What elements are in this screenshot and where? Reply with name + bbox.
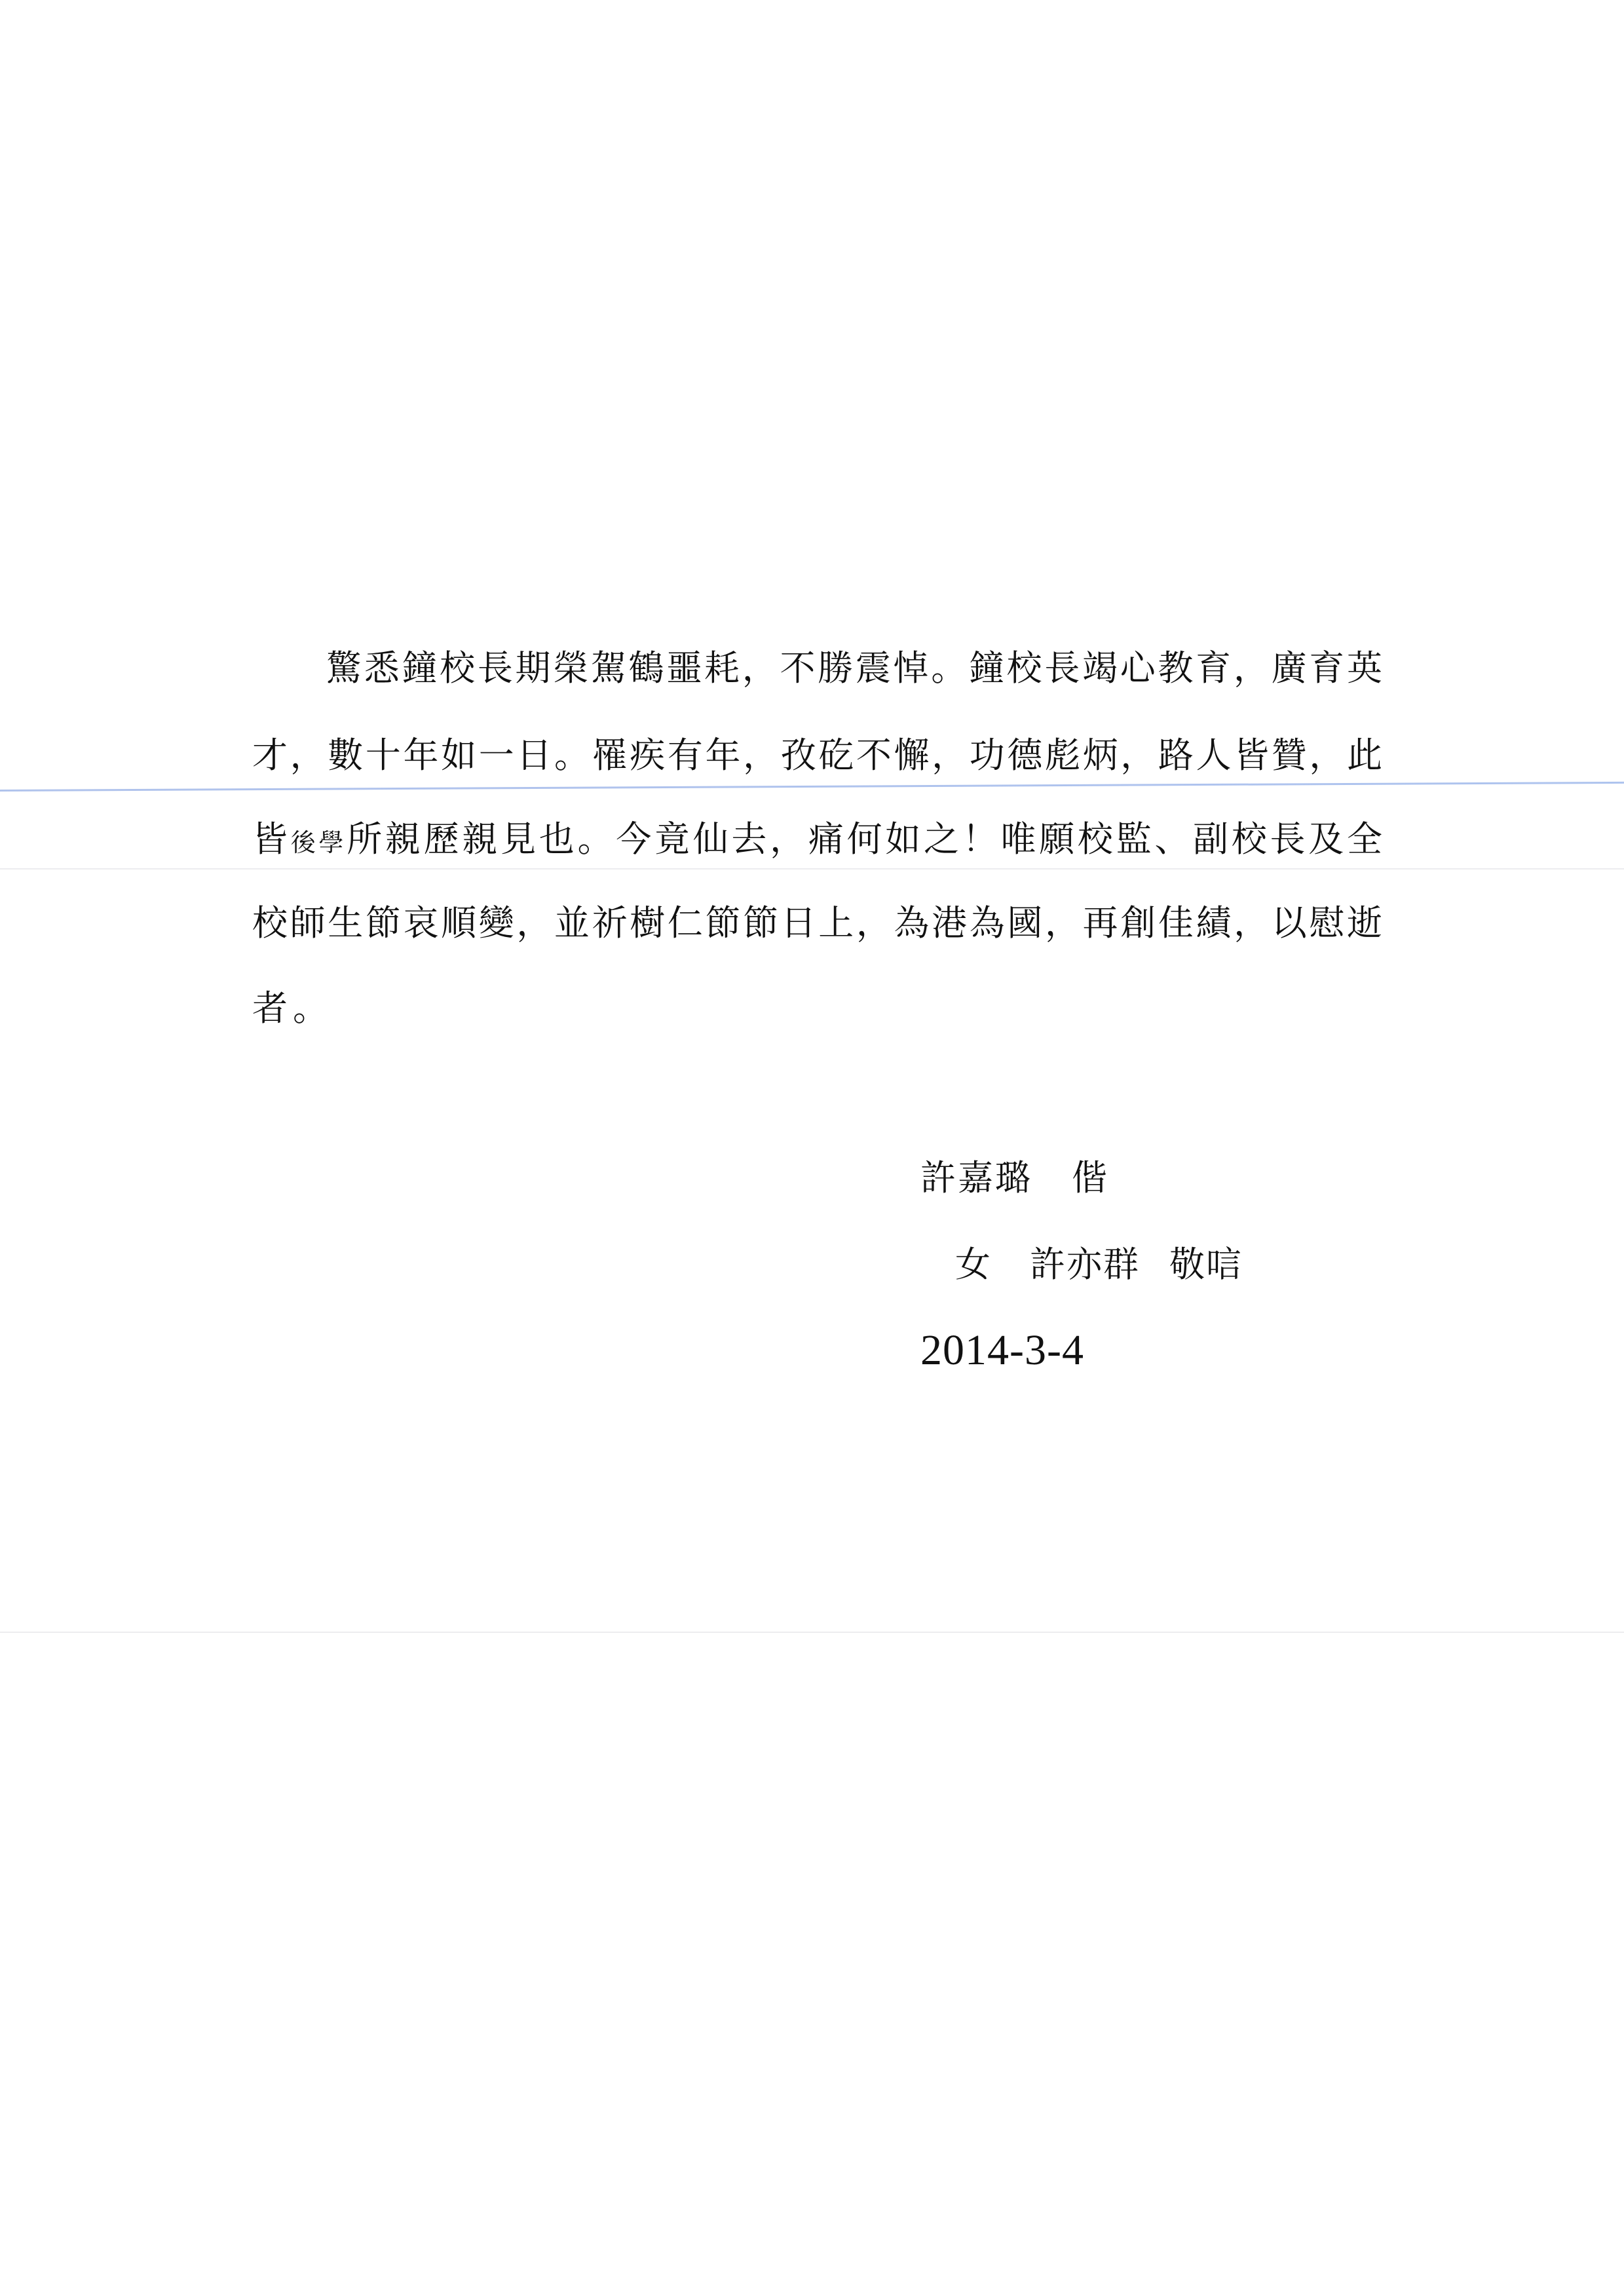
body-paragraph-line-4: 校師生節哀順變，並祈樹仁節節日上，為港為國，再創佳績，以慰逝 xyxy=(252,904,1382,943)
body-text: 皆 xyxy=(252,818,291,860)
scanned-letter-page: 驚悉鐘校長期榮駕鶴噩耗，不勝震悼。鐘校長竭心教育，廣育英 才，數十年如一日。罹疾… xyxy=(0,0,1624,2296)
condolence-letter: 驚悉鐘校長期榮駕鶴噩耗，不勝震悼。鐘校長竭心教育，廣育英 才，數十年如一日。罹疾… xyxy=(0,0,1624,2296)
signer-name: 許嘉璐 xyxy=(920,1158,1032,1198)
body-text: 所親歷親見也。今竟仙去，痛何如之！唯願校監、副校長及全 xyxy=(347,818,1382,860)
co-signer-name: 許亦群 xyxy=(1030,1245,1140,1284)
relation-label: 女 xyxy=(955,1245,991,1284)
body-paragraph-line-5: 者。 xyxy=(252,989,1382,1028)
signer-accompany-word: 偕 xyxy=(1072,1158,1107,1198)
body-paragraph-line-1: 驚悉鐘校長期榮駕鶴噩耗，不勝震悼。鐘校長竭心教育，廣育英 xyxy=(326,649,1382,688)
signature-line-1: 許嘉璐 偕 xyxy=(0,1158,1624,1198)
closing-salutation: 敬唁 xyxy=(1169,1245,1243,1284)
body-paragraph-line-3: 皆後學所親歷親見也。今竟仙去，痛何如之！唯願校監、副校長及全 xyxy=(252,820,1382,859)
body-paragraph-line-2: 才，數十年如一日。罹疾有年，孜矻不懈，功德彪炳，路人皆贊，此 xyxy=(252,736,1382,775)
signature-line-2: 女 許亦群 敬唁 xyxy=(0,1245,1624,1284)
humble-self-reference-small-text: 後學 xyxy=(291,828,347,857)
letter-date: 2014-3-4 xyxy=(920,1329,1084,1372)
